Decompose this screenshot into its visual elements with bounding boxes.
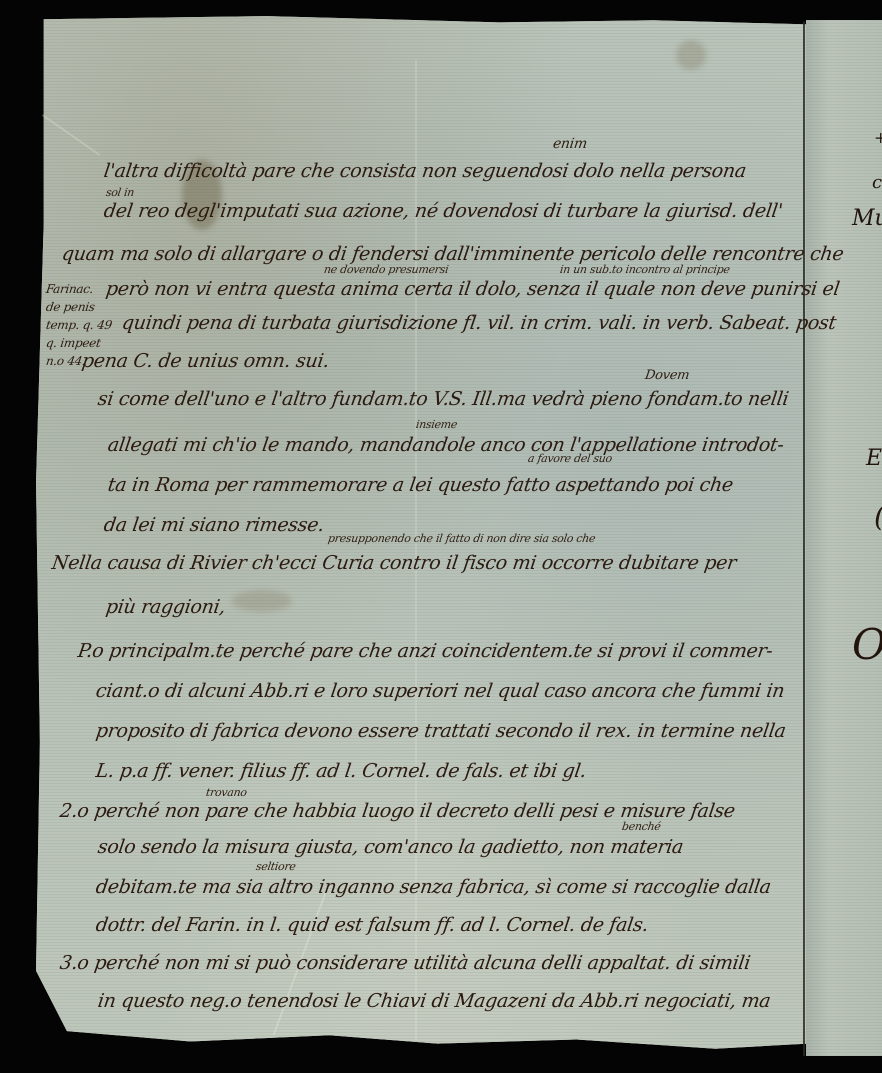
margin-note: q. impeet <box>45 334 102 352</box>
manuscript-line: 2.o perché non pare che habbia luogo il … <box>58 800 736 822</box>
manuscript-line: P.o principalm.te perché pare che anzi c… <box>76 640 774 662</box>
right-manuscript-leaf <box>806 20 882 1056</box>
right-page-fragment: E <box>866 446 882 471</box>
manuscript-line: quindi pena di turbata giurisdizione fl.… <box>120 312 837 334</box>
manuscript-line: 3.o perché non mi si può considerare uti… <box>58 952 751 974</box>
margin-note: temp. q. 49 <box>45 316 113 334</box>
manuscript-line: l'altra difficoltà pare che consista non… <box>102 160 747 182</box>
interlinear-insertion: in un sub.to incontro al principe <box>559 263 730 276</box>
manuscript-line: da lei mi siano rimesse. <box>102 514 325 536</box>
interlinear-insertion: Dovem <box>644 368 690 383</box>
right-page-fragment: c <box>872 172 882 193</box>
manuscript-line: ta in Roma per rammemorare a lei questo … <box>106 474 734 496</box>
paper-stain <box>676 40 706 70</box>
margin-note: de penis <box>45 298 96 316</box>
manuscript-line: ciant.o di alcuni Abb.ri e loro superior… <box>94 680 785 702</box>
right-page-fragment: ( <box>874 500 882 533</box>
manuscript-line: del reo degl'imputati sua azione, né dov… <box>102 200 784 222</box>
interlinear-insertion: trovano <box>205 786 248 799</box>
interlinear-insertion: sol in <box>105 186 135 199</box>
manuscript-line: debitam.te ma sia altro inganno senza fa… <box>94 876 772 898</box>
margin-note: n.o 44. <box>45 352 87 370</box>
interlinear-insertion: a favore del suo <box>527 452 613 465</box>
manuscript-line: L. p.a ff. vener. filius ff. ad l. Corne… <box>94 760 587 782</box>
page-fold-line <box>803 22 805 1056</box>
interlinear-insertion: enim <box>552 136 588 152</box>
interlinear-insertion: insieme <box>415 418 458 431</box>
manuscript-line: quam ma solo di allargare o di fendersi … <box>60 243 844 265</box>
manuscript-line: solo sendo la misura giusta, com'anco la… <box>96 836 684 858</box>
manuscript-line: allegati mi ch'io le mando, mandandole a… <box>106 434 785 456</box>
right-page-fragment: O <box>852 620 882 669</box>
manuscript-line: Nella causa di Rivier ch'ecci Curia cont… <box>50 552 737 574</box>
interlinear-insertion: presupponendo che il fatto di non dire s… <box>327 532 596 545</box>
interlinear-insertion: seltiore <box>255 860 296 873</box>
manuscript-line: però non vi entra questa anima certa il … <box>104 278 840 300</box>
paper-stain <box>232 590 292 612</box>
interlinear-insertion: ne dovendo presumersi <box>323 263 449 276</box>
manuscript-line: dottr. del Farin. in l. quid est falsum … <box>94 914 649 936</box>
manuscript-line: più raggioni, <box>104 596 226 618</box>
manuscript-line: proposito di fabrica devono essere tratt… <box>94 720 787 742</box>
manuscript-line: pena C. de unius omn. sui. <box>80 350 330 372</box>
manuscript-line: in questo neg.o tenendosi le Chiavi di M… <box>96 990 772 1012</box>
interlinear-insertion: benché <box>621 820 661 833</box>
right-page-fragment: + <box>874 128 882 147</box>
manuscript-line: si come dell'uno e l'altro fundam.to V.S… <box>96 388 789 410</box>
margin-note: Farinac. <box>45 280 95 298</box>
right-page-fragment: Mu <box>852 206 882 231</box>
